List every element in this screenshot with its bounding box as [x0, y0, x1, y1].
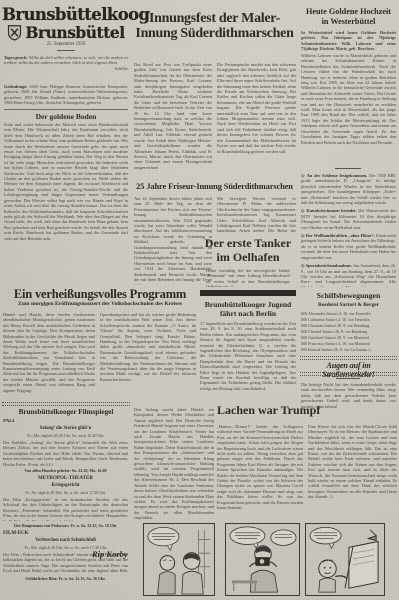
hochzeit-title-line2: in Westerbüttel: [300, 17, 397, 26]
ship-list: MS Alexandra Sartori 4. 10. via Teneriff…: [301, 311, 396, 353]
gedenktage-label: Gedenktage:: [4, 84, 27, 89]
ship-entry: MS Konsul Sartori 26. 9. via La Guaira ◇: [301, 347, 396, 353]
friseur-title: 25 Jahre Friseur-Innung Süderdithmarsche…: [131, 182, 298, 191]
filmspiegel-rule: [2, 402, 130, 406]
masthead-title-line1: Brunsbüttelkoog: [2, 5, 130, 24]
masthead-row: Brunsbüttel: [2, 23, 130, 41]
jugend-title-line1: Brunsbüttelkooger Jugend: [200, 300, 296, 309]
news-brief-2: ◇ Kanalschwimmen beendet. Die Wasserwach…: [301, 208, 396, 230]
tagesspruch-author: Schiller: [115, 66, 128, 71]
goldener-boden-body: Stolz und sicher beherrscht der Mensch e…: [4, 122, 128, 288]
jugend-body: 17 Jugendliche aus Brunsbüttelkoog werde…: [200, 321, 296, 401]
jugend-title-line2: fährt nach Berlin: [200, 309, 296, 318]
film2-times: Fr.–So. täglich 20 Uhr, Sa. u. So. auch …: [3, 490, 128, 495]
tanker-title-line2: im Oelhafen: [200, 250, 296, 265]
innungsfest-col2: Die Festansprache machte aus den schwere…: [217, 62, 296, 179]
verkehr-rule-bottom: [300, 372, 397, 376]
programm-col3: Den Anfang macht dabei Händel, ein Kompo…: [134, 407, 214, 521]
innungsfest-col1: Das Hotel zur Post war Treffpunkt einer …: [134, 62, 212, 179]
film2-title: Kriegsgericht: [3, 483, 128, 488]
programm-col2: Opernkomponist und hat als solcher große…: [100, 312, 196, 402]
news-brief-4: ◇ Sportabzeichenabnahme. Am Sonnabend, d…: [301, 263, 396, 287]
schiffsbewegungen-title: Schiffsbewegungen: [300, 291, 397, 300]
film1-times: Fr.–Mo. täglich 20.30 Uhr, So. auch 16.3…: [3, 433, 128, 438]
date-rule: [57, 50, 75, 51]
hochzeit-lead: In Westerbüttel wird heute Goldene Hochz…: [301, 30, 396, 52]
filmspiegel-listings: PALI Solang’ die Sterne glüh’n Fr.–Mo. t…: [3, 419, 128, 598]
tagesspruch-label: Tagesspruch:: [4, 55, 28, 60]
goldener-boden-title: Der goldene Boden: [2, 112, 130, 121]
comic-panel-3-art: [306, 524, 384, 595]
verkehr-dash: [336, 378, 360, 379]
programm-subtitle: Zum morgigen Eröffnungskonzert der Volks…: [2, 301, 198, 307]
film3-extra: Gefährliches Blut: Fr. u. Sa. 22.15, So.…: [3, 576, 128, 581]
schiffsbewegungen-subtitle: Reederei Sartori & Berger: [300, 302, 397, 308]
newspaper-page: Brunsbüttelkoog Brunsbüttel 25. Septembe…: [0, 0, 399, 600]
lachen-col1: „Humor—Humor!“ lautete das Schlagwort wä…: [217, 424, 303, 522]
tanker-body: Heute vormittag lief der norwegische Tan…: [206, 268, 290, 287]
comic-panel-2: [225, 523, 300, 596]
brief3-lead: ◇ Der Wollhandkrabben „ohne Hüter“.: [301, 233, 375, 238]
tanker-title-line1: Der erste Tanker: [200, 236, 296, 251]
black-bar-rule: [200, 290, 296, 296]
lachen-col2: Eine Klasse für sich war der Musik-Clown…: [308, 424, 397, 522]
innungsfest-title-line1: Innungsfest der Maler-: [131, 11, 298, 27]
comic-panel-1-art: [144, 524, 214, 595]
programm-col1: Händel und Haydn, diese beiden Großmeist…: [3, 312, 95, 402]
comic-title: Rip Korby: [92, 549, 142, 559]
cinema-name-filmeck: FILM-ECK: [3, 531, 128, 536]
friseur-col2: Mit bewegten Worten verstand es Obermeis…: [217, 196, 296, 232]
brief2-lead: ◇ Kanalschwimmen beendet.: [301, 208, 357, 213]
film1-title: Solang’ die Sterne glüh’n: [3, 426, 128, 431]
film2-review: Der Film „Kriegsgericht“ ist ein dramati…: [3, 497, 128, 521]
innungsfest-title-line2: Innung Süderdithmarschen: [131, 26, 298, 42]
film2-extra: Der Hauptmann von Peshawar: Fr. u. Sa. 2…: [3, 523, 128, 528]
comic-panel-3: [305, 523, 385, 596]
film3-title: Verbrechen nach Schulschluß: [3, 538, 128, 543]
filmspiegel-title: Brunsbüttelkooger Filmspiegel: [2, 408, 130, 416]
edition-date: 25. September 1959: [2, 42, 130, 47]
brief-divider: [335, 168, 361, 169]
verkehr-title: Augen auf im Straßenverkehr!: [300, 361, 397, 379]
film1-extra: Von allen Hunden gehetzt: So. 22.30, Mo.…: [3, 468, 128, 473]
coat-of-arms-icon: [7, 24, 22, 41]
news-brief-1: ◇ An der Schleuse festgekommen. Der 7650…: [301, 173, 396, 205]
hochzeit-body: Wilhelm Lahrsen wurde in Marnerdeich geb…: [301, 53, 396, 165]
masthead-title-line2: Brunsbüttel: [25, 23, 124, 42]
brief4-lead: ◇ Sportabzeichenabnahme.: [301, 263, 352, 268]
brief1-text: Der 7650 BRT große amerikanische D. „Cha…: [301, 173, 396, 205]
verkehr-rule-top: [300, 356, 397, 360]
programm-title: Ein verheißungsvolles Programm: [2, 287, 198, 302]
brief1-lead: ◇ An der Schleuse festgekommen.: [301, 173, 367, 178]
comic-panel-1: [143, 523, 215, 596]
news-briefs: ◇ An der Schleuse festgekommen. Der 7650…: [301, 173, 396, 287]
tagesspruch: Tagesspruch: Willst du dich selber erken…: [4, 55, 128, 82]
gedenktage: Gedenktage: 1683 Jean Philippe Rameau, f…: [4, 84, 128, 107]
film1-review: Der Farbfilm „Solang’ die Sterne glüh’n“…: [3, 440, 128, 466]
lachen-title: Lachen war Trumpf: [217, 403, 347, 418]
section-rule: [4, 109, 128, 110]
comic-panel-2-art: [226, 524, 299, 595]
hochzeit-title-line1: Heute Goldene Hochzeit: [300, 7, 397, 16]
cinema-name-pali: PALI: [3, 419, 128, 424]
news-brief-3: ◇ Der Wollhandkrabben „ohne Hüter“. Eine…: [301, 233, 396, 260]
cinema-name-metropol: METROPOL-THEATER: [3, 476, 128, 481]
